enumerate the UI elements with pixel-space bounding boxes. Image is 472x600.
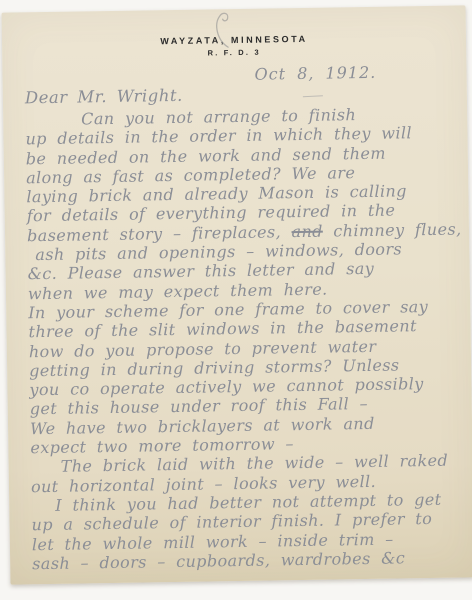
date-line: Oct 8, 1912. xyxy=(254,61,466,83)
struck-word: and xyxy=(291,221,323,240)
letter-body: Can you not arrange to finishup details … xyxy=(25,104,454,574)
line-segment: chimney flues, xyxy=(323,219,462,240)
photographed-letter: WAYZATA, MINNESOTA R. F. D. 3 Oct 8, 191… xyxy=(0,0,472,600)
letter-paper: WAYZATA, MINNESOTA R. F. D. 3 Oct 8, 191… xyxy=(2,5,472,584)
pencil-mark xyxy=(209,10,238,50)
